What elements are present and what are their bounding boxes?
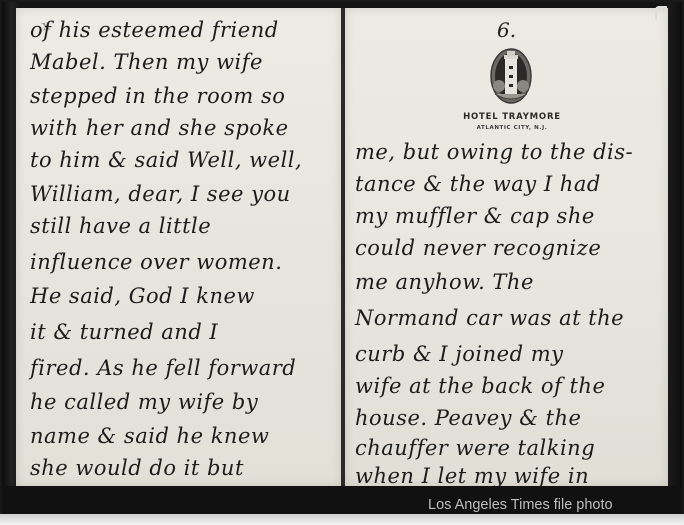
handwritten-line: Mabel. Then my wife (30, 52, 263, 73)
handwritten-line: stepped in the room so (30, 86, 285, 107)
handwritten-line: curb & I joined my (355, 344, 564, 365)
handwritten-line: it & turned and I (30, 322, 218, 343)
handwritten-line: chauffer were talking (355, 438, 595, 459)
letter-photograph: x of his esteemed friend Mabel. Then my … (0, 0, 684, 525)
handwritten-line: tance & the way I had (355, 174, 601, 195)
handwritten-line: he called my wife by (30, 392, 258, 413)
photo-corner-mark (655, 6, 667, 20)
hotel-location: ATLANTIC CITY, N.J. (447, 125, 577, 131)
photo-credit: Los Angeles Times file photo (428, 497, 613, 513)
handwritten-line: my muffler & cap she (355, 206, 595, 227)
handwritten-line: Normand car was at the (355, 308, 624, 329)
handwritten-line: house. Peavey & the (355, 408, 581, 429)
handwritten-line: when I let my wife in (355, 466, 589, 487)
handwritten-line: to him & said Well, well, (30, 150, 302, 171)
photo-bottom-strip (0, 514, 684, 525)
photo-frame: x of his esteemed friend Mabel. Then my … (2, 2, 678, 514)
page-number: 6. (497, 18, 516, 42)
handwritten-line: wife at the back of the (355, 376, 605, 397)
photo-right-edge (668, 2, 682, 514)
handwritten-line: could never recognize (355, 238, 601, 259)
letter-page-right: 6. HOTEL TRAYMORE ATLANTIC CITY, N.J. (345, 8, 668, 486)
handwritten-line: of his esteemed friend (30, 20, 279, 41)
hotel-name: HOTEL TRAYMORE (447, 112, 577, 122)
handwritten-line: me anyhow. The (355, 272, 534, 293)
handwritten-line: she would do it but (30, 458, 244, 479)
handwritten-line: still have a little (30, 216, 211, 237)
handwritten-line: with her and she spoke (30, 118, 289, 139)
handwritten-line: influence over women. (30, 252, 282, 273)
handwritten-line: me, but owing to the dis- (355, 142, 633, 163)
lighthouse-crest-icon (489, 46, 533, 104)
letter-page-left: x of his esteemed friend Mabel. Then my … (16, 8, 341, 486)
handwritten-line: William, dear, I see you (30, 184, 291, 205)
handwritten-line: fired. As he fell forward (30, 358, 296, 379)
handwritten-line: name & said he knew (30, 426, 269, 447)
handwritten-line: He said, God I knew (30, 286, 255, 307)
